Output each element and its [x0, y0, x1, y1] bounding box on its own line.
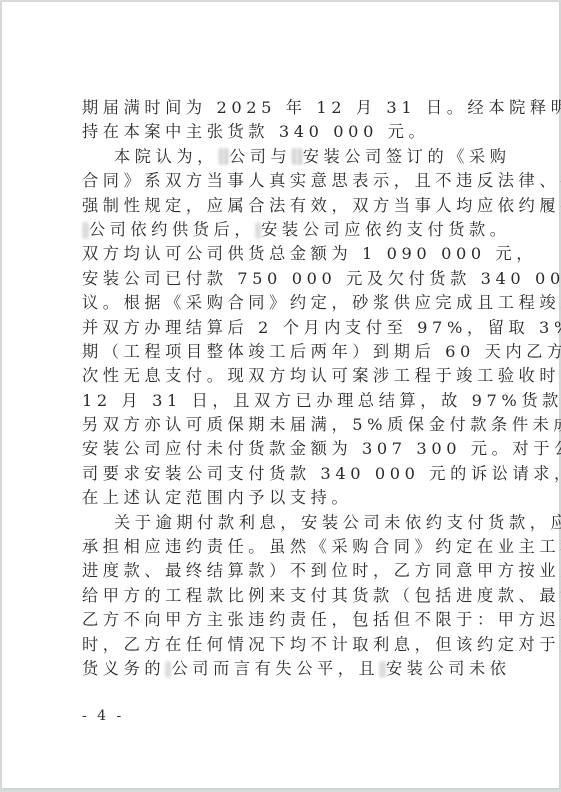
text-segment: 安装公司未依 — [386, 657, 511, 681]
text-segment: 持在本案中主张货款 340 000 元。 — [82, 120, 429, 144]
text-segment: 期届满时间为 2025 年 12 月 31 日。经本院释明，京鹤砂浆公司坚 — [82, 96, 561, 120]
text-segment: 期（工程项目整体竣工后两年）到期后 60 天内乙方提出申请，一 — [82, 340, 561, 364]
text-line: 合同》系双方当事人真实意思表示，且不违反法律、行政法规的 — [82, 169, 506, 193]
redacted-company-name — [255, 222, 261, 239]
text-segment: 安装公司签订的《采购 — [303, 145, 511, 169]
text-line: 12 月 31 日，且双方已办理总结算，故 97%货款付款条件已成就。 — [82, 389, 506, 413]
text-line: 给甲方的工程款比例来支付其货款（包括进度款、最终结算款）， — [82, 584, 506, 608]
text-line: 强制性规定，应属合法有效，双方当事人均应依约履行己方义务。 — [82, 194, 506, 218]
text-segment: 安装公司应依约支付货款。 — [261, 218, 510, 242]
text-segment: 合同》系双方当事人真实意思表示，且不违反法律、行政法规的 — [82, 169, 561, 193]
text-line: 乙方不向甲方主张违约责任，包括但不限于：甲方迟付缓付货款 — [82, 608, 506, 632]
text-segment: 司要求 — [82, 462, 144, 486]
text-segment: 强制性规定，应属合法有效，双方当事人均应依约履行己方义务。 — [82, 194, 561, 218]
text-segment: 进度款、最终结算款）不到位时，乙方同意甲方按业主实际支付 — [82, 559, 561, 583]
text-line: 持在本案中主张货款 340 000 元。 — [82, 120, 506, 144]
text-segment: 乙方不向甲方主张违约责任，包括但不限于：甲方迟付缓付货款 — [82, 608, 561, 632]
text-line: 司要求安装公司支付货款 340 000 元的诉讼请求，本院 — [82, 462, 506, 486]
text-line: 次性无息支付。现双方均认可案涉工程于竣工验收时间为 2023 年 — [82, 364, 506, 388]
redacted-company-name — [291, 148, 302, 165]
text-segment: 并双方办理结算后 2 个月内支付至 97%，留取 3%的质保金在质保 — [82, 316, 561, 340]
text-segment: 在上述认定范围内予以支持。 — [82, 486, 352, 510]
text-segment: 公 — [554, 437, 561, 461]
document-page: 期届满时间为 2025 年 12 月 31 日。经本院释明，京鹤砂浆公司坚持在本… — [2, 2, 560, 789]
text-line: 公司依约供货后，安装公司应依约支付货款。 — [82, 218, 506, 242]
text-segment: 公司供货总金额为 1 090 000 元， — [186, 242, 537, 266]
text-segment: 货义务的 — [82, 657, 165, 681]
text-segment: 12 月 31 日，且双方已办理总结算，故 97%货款付款条件已成就。 — [82, 389, 561, 413]
text-line: 安装公司应付未付货款金额为 307 300 元。对于公 — [82, 437, 506, 461]
text-segment: 给甲方的工程款比例来支付其货款（包括进度款、最终结算款）， — [82, 584, 561, 608]
text-line: 货义务的公司而言有失公平，且安装公司未依 — [82, 657, 506, 681]
text-line: 承担相应违约责任。虽然《采购合同》约定在业主工程款（包括 — [82, 535, 506, 559]
text-segment: 公司而言有失公平，且 — [171, 657, 379, 681]
text-line: 关于逾期付款利息，安装公司未依约支付货款，应 — [82, 511, 506, 535]
text-line: 安装公司已付款 750 000 元及欠付货款 340 000 元，本院不持异 — [82, 267, 506, 291]
text-segment: 公司依约供货后， — [89, 218, 255, 242]
text-line: 另双方亦认可质保期未届满，5%质保金付款条件未成就，故 — [82, 413, 506, 437]
text-segment: 安装公司未依约支付货款，应 — [301, 511, 561, 535]
judgment-body-text: 期届满时间为 2025 年 12 月 31 日。经本院释明，京鹤砂浆公司坚持在本… — [82, 96, 506, 681]
page-number: - 4 - — [82, 708, 124, 724]
text-segment: 本院认为， — [114, 145, 218, 169]
text-line: 进度款、最终结算款）不到位时，乙方同意甲方按业主实际支付 — [82, 559, 506, 583]
redacted-company-name — [165, 661, 171, 678]
redacted-company-name — [82, 222, 89, 239]
text-line: 在上述认定范围内予以支持。 — [82, 486, 506, 510]
text-line: 时，乙方在任何情况下均不计取利息，但该约定对于完成全部供 — [82, 633, 506, 657]
text-line: 并双方办理结算后 2 个月内支付至 97%，留取 3%的质保金在质保 — [82, 316, 506, 340]
text-segment: 议。根据《采购合同》约定，砂浆供应完成且工程竣工验收合格 — [82, 291, 561, 315]
text-segment: 双方均认可 — [82, 242, 186, 266]
text-line: 本院认为，公司与安装公司签订的《采购 — [82, 145, 506, 169]
text-line: 期届满时间为 2025 年 12 月 31 日。经本院释明，京鹤砂浆公司坚 — [82, 96, 506, 120]
text-segment: 安装公司已付款 750 000 元及欠付货款 340 000 元，本院不持异 — [82, 267, 561, 291]
text-segment: 关于逾期付款利息， — [114, 511, 301, 535]
text-line: 期（工程项目整体竣工后两年）到期后 60 天内乙方提出申请，一 — [82, 340, 506, 364]
text-line: 双方均认可公司供货总金额为 1 090 000 元， — [82, 242, 506, 266]
text-segment: 安装公司支付货款 340 000 元的诉讼请求，本院 — [144, 462, 561, 486]
text-segment: 承担相应违约责任。虽然《采购合同》约定在业主工程款（包括 — [82, 535, 561, 559]
text-segment: 公司与 — [229, 145, 291, 169]
redacted-company-name — [379, 661, 386, 678]
text-segment: 时，乙方在任何情况下均不计取利息，但该约定对于完成全部供 — [82, 633, 561, 657]
text-segment: 另双方亦认可质保期未届满，5%质保金付款条件未成就，故 — [82, 413, 561, 437]
text-segment: 安装公司应付未付货款金额为 307 300 元。对于 — [82, 437, 554, 461]
text-line: 议。根据《采购合同》约定，砂浆供应完成且工程竣工验收合格 — [82, 291, 506, 315]
redacted-company-name — [218, 148, 229, 165]
text-segment: 次性无息支付。现双方均认可案涉工程于竣工验收时间为 2023 年 — [82, 364, 561, 388]
